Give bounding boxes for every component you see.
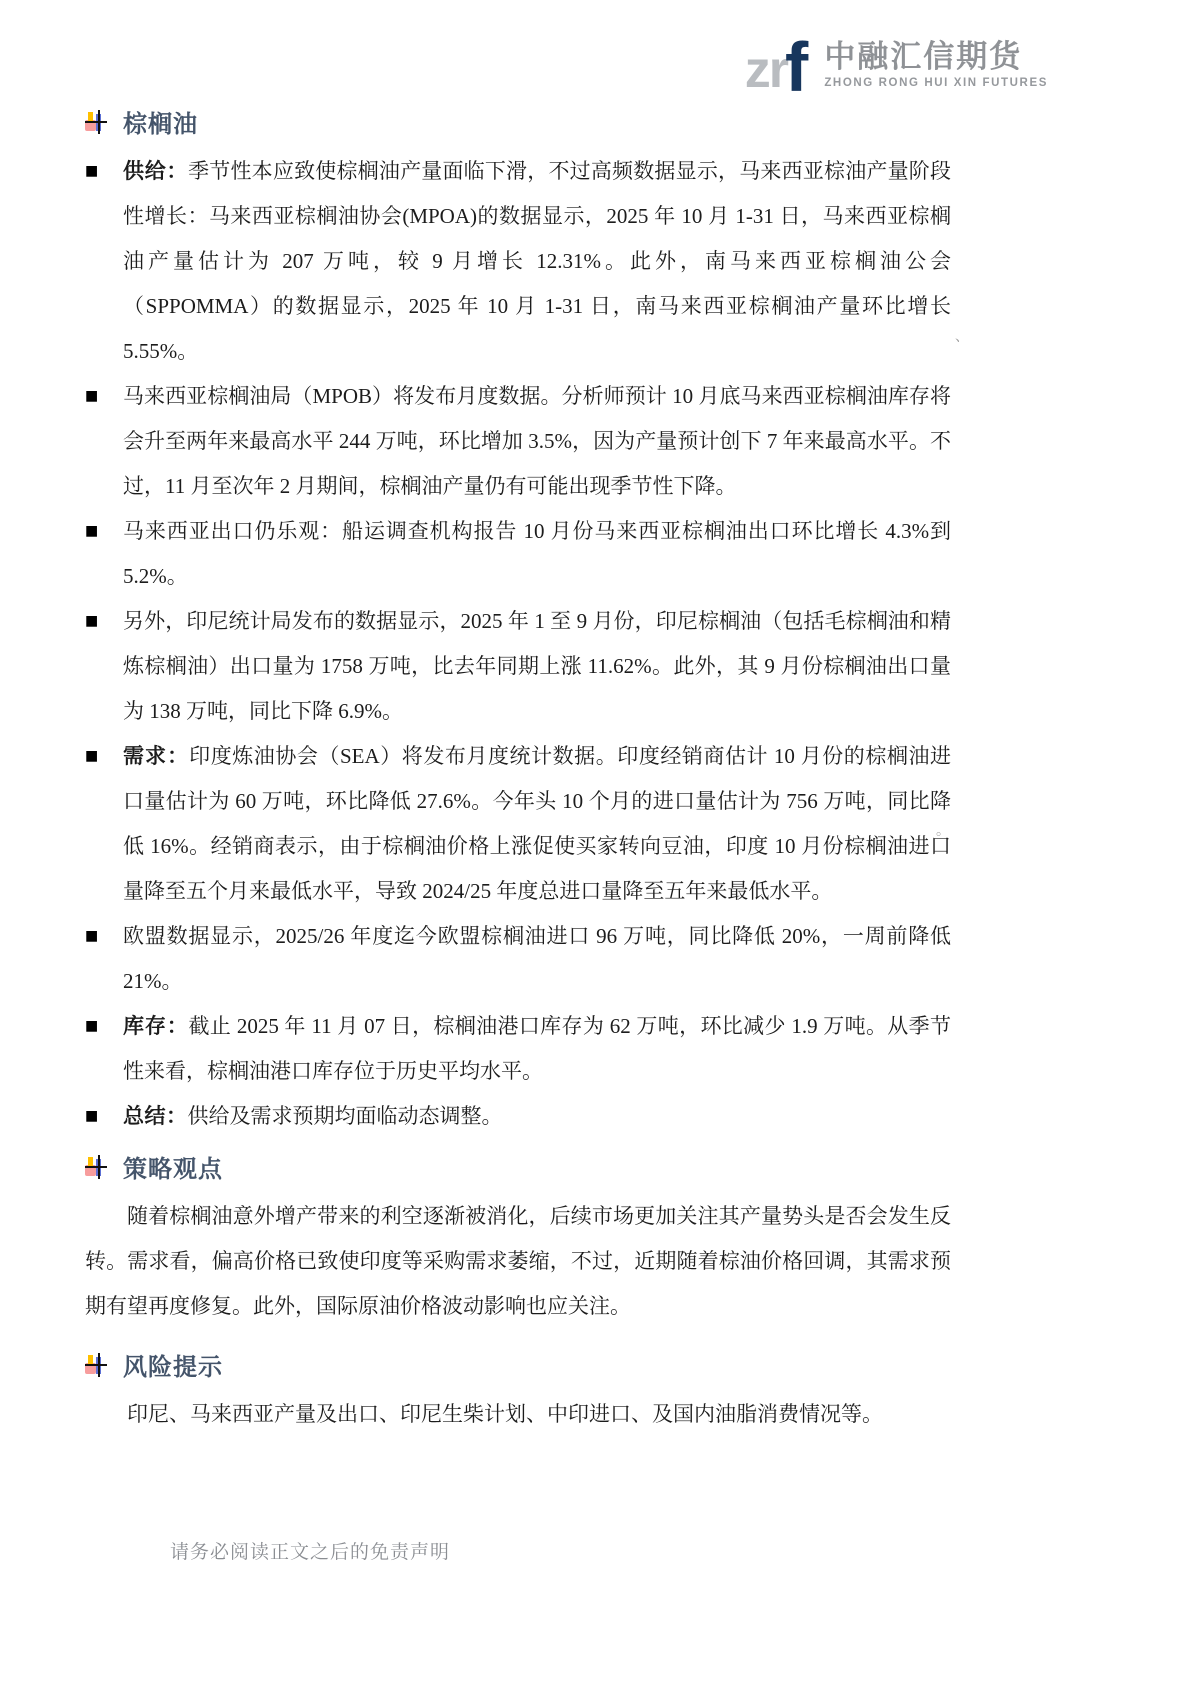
bullet-text: 供给：季节性本应致使棕榈油产量面临下滑，不过高频数据显示，马来西亚棕油产量阶段性…: [123, 149, 951, 374]
report-page: zrf 中融汇信期货 ZHONG RONG HUI XIN FUTURES 棕榈…: [0, 0, 1190, 1683]
logo-zr-text: zr: [745, 44, 787, 96]
square-bullet-icon: ■: [85, 149, 123, 194]
bullet-label: 供给：: [123, 159, 188, 183]
bullet-text: 另外，印尼统计局发布的数据显示，2025 年 1 至 9 月份，印尼棕榈油（包括…: [123, 599, 951, 734]
section-header-palm-oil: 棕榈油: [85, 104, 951, 139]
bullet-mpob: ■ 马来西亚棕榈油局（MPOB）将发布月度数据。分析师预计 10 月底马来西亚棕…: [85, 374, 951, 509]
bullet-text: 欧盟数据显示，2025/26 年度迄今欧盟棕榈油进口 96 万吨，同比降低 20…: [123, 914, 951, 1004]
bullet-text: 库存：截止 2025 年 11 月 07 日，棕榈油港口库存为 62 万吨，环比…: [123, 1004, 951, 1094]
margin-mark: 、: [955, 326, 969, 346]
section-anchor-icon: [85, 1352, 107, 1378]
bullet-text: 需求：印度炼油协会（SEA）将发布月度统计数据。印度经销商估计 10 月份的棕榈…: [123, 734, 951, 914]
bullet-demand: ■ 需求：印度炼油协会（SEA）将发布月度统计数据。印度经销商估计 10 月份的…: [85, 734, 951, 914]
company-name-en: ZHONG RONG HUI XIN FUTURES: [824, 77, 1048, 89]
logo-f-text: f: [785, 32, 808, 102]
company-logo: zrf 中融汇信期货 ZHONG RONG HUI XIN FUTURES: [745, 26, 1048, 96]
square-bullet-icon: ■: [85, 599, 123, 644]
margin-mark: 。: [936, 820, 950, 840]
bullet-text: 马来西亚出口仍乐观：船运调查机构报告 10 月份马来西亚棕榈油出口环比增长 4.…: [123, 509, 951, 599]
section-title: 策略观点: [123, 1149, 223, 1184]
bullet-indonesia-export: ■ 另外，印尼统计局发布的数据显示，2025 年 1 至 9 月份，印尼棕榈油（…: [85, 599, 951, 734]
bullet-malaysia-export: ■ 马来西亚出口仍乐观：船运调查机构报告 10 月份马来西亚棕榈油出口环比增长 …: [85, 509, 951, 599]
risk-paragraph: 印尼、马来西亚产量及出口、印尼生柴计划、中印进口、及国内油脂消费情况等。: [85, 1392, 951, 1437]
strategy-paragraph: 随着棕榈油意外增产带来的利空逐渐被消化，后续市场更加关注其产量势头是否会发生反转…: [85, 1194, 951, 1329]
square-bullet-icon: ■: [85, 734, 123, 779]
square-bullet-icon: ■: [85, 1004, 123, 1049]
square-bullet-icon: ■: [85, 374, 123, 419]
bullet-eu-data: ■ 欧盟数据显示，2025/26 年度迄今欧盟棕榈油进口 96 万吨，同比降低 …: [85, 914, 951, 1004]
bullet-summary: ■ 总结：供给及需求预期均面临动态调整。: [85, 1094, 951, 1139]
section-anchor-icon: [85, 1154, 107, 1180]
section-title: 风险提示: [123, 1347, 223, 1382]
bullet-label: 总结：: [123, 1104, 188, 1128]
section-header-risk: 风险提示: [85, 1347, 951, 1382]
company-name-cn: 中融汇信期货: [824, 40, 1048, 74]
report-body: 棕榈油 ■ 供给：季节性本应致使棕榈油产量面临下滑，不过高频数据显示，马来西亚棕…: [85, 104, 951, 1445]
section-title: 棕榈油: [123, 104, 198, 139]
section-anchor-icon: [85, 109, 107, 135]
bullet-text: 总结：供给及需求预期均面临动态调整。: [123, 1094, 951, 1139]
bullet-text: 马来西亚棕榈油局（MPOB）将发布月度数据。分析师预计 10 月底马来西亚棕榈油…: [123, 374, 951, 509]
square-bullet-icon: ■: [85, 914, 123, 959]
logo-zrf-icon: zrf: [745, 26, 809, 96]
bullet-label: 库存：: [123, 1014, 189, 1038]
bullet-supply: ■ 供给：季节性本应致使棕榈油产量面临下滑，不过高频数据显示，马来西亚棕油产量阶…: [85, 149, 951, 374]
square-bullet-icon: ■: [85, 1094, 123, 1139]
bullet-list: ■ 供给：季节性本应致使棕榈油产量面临下滑，不过高频数据显示，马来西亚棕油产量阶…: [85, 149, 951, 1139]
bullet-label: 需求：: [123, 744, 189, 768]
section-header-strategy: 策略观点: [85, 1149, 951, 1184]
bullet-inventory: ■ 库存：截止 2025 年 11 月 07 日，棕榈油港口库存为 62 万吨，…: [85, 1004, 951, 1094]
footer-disclaimer: 请务必阅读正文之后的免责声明: [170, 1537, 450, 1564]
square-bullet-icon: ■: [85, 509, 123, 554]
